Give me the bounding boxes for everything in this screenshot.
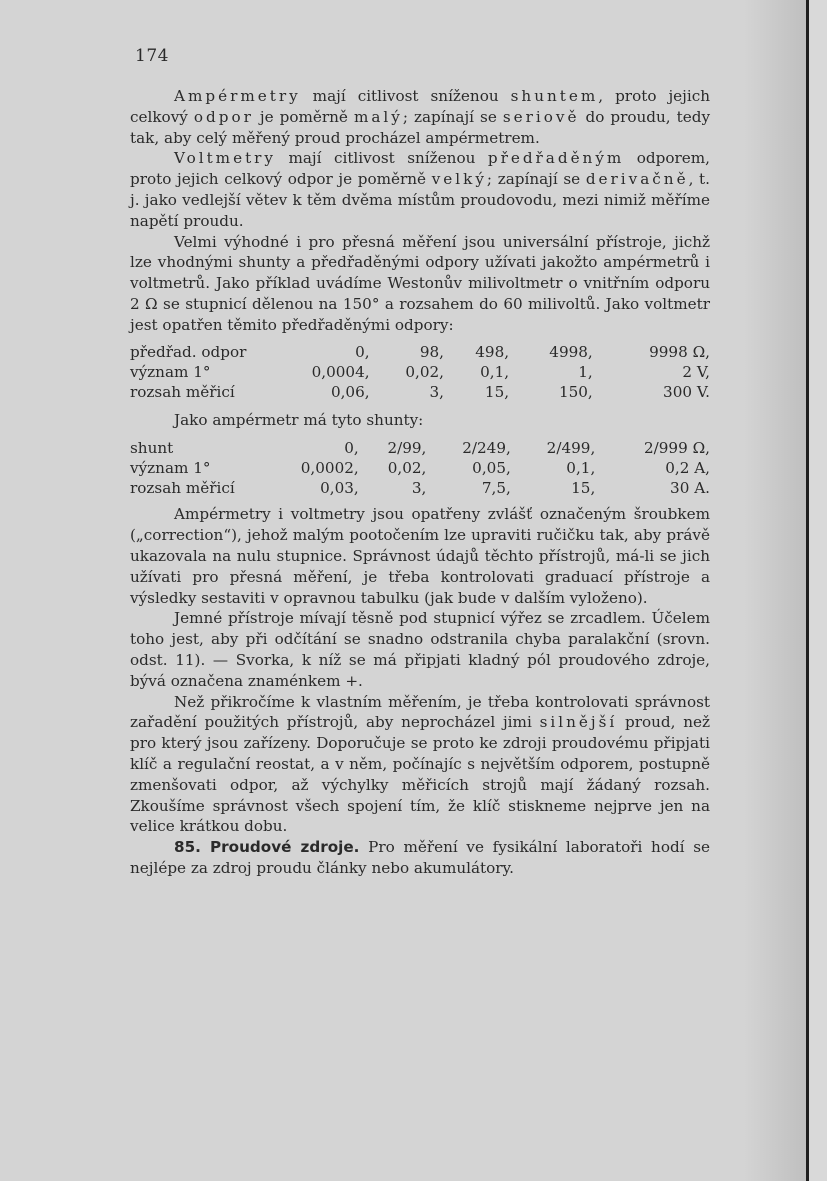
- emphasis-shuntem: shuntem: [511, 87, 599, 105]
- voltmeter-table: předřad. odpor 0, 98, 498, 4998, 9998 Ω,…: [130, 342, 710, 402]
- cell: 0,1,: [444, 362, 509, 382]
- emphasis-silnejsi: silnější: [540, 713, 618, 731]
- cell: 0,05,: [426, 458, 510, 478]
- emphasis-derivacne: derivačně: [586, 170, 689, 188]
- cell: 0,02,: [359, 458, 427, 478]
- cell: 0,: [258, 342, 370, 362]
- paragraph-voltmeters: Voltmetry mají citlivost sníženou předřa…: [130, 148, 710, 231]
- cell: 15,: [511, 478, 595, 498]
- emphasis-seriove: seriově: [503, 108, 580, 126]
- cell: 150,: [509, 382, 593, 402]
- cell: 0,03,: [258, 478, 359, 498]
- cell: 0,2 A,: [595, 458, 710, 478]
- section-heading: 85. Proudové zdroje.: [174, 838, 359, 856]
- page-body: Ampérmetry mají citlivost sníženou shunt…: [130, 86, 710, 879]
- next-page-edge: [809, 0, 827, 1181]
- row-label: rozsah měřicí: [130, 382, 258, 402]
- table-row: předřad. odpor 0, 98, 498, 4998, 9998 Ω,: [130, 342, 710, 362]
- table-row: shunt 0, 2/99, 2/249, 2/499, 2/999 Ω,: [130, 438, 710, 458]
- text-run: ; zapínají se: [487, 170, 586, 188]
- ammeter-table: shunt 0, 2/99, 2/249, 2/499, 2/999 Ω, vý…: [130, 438, 710, 498]
- cell: 0,1,: [511, 458, 595, 478]
- emphasis-ampermetry: Ampérmetry: [174, 87, 301, 105]
- cell: 4998,: [509, 342, 593, 362]
- text-run: je poměrně: [254, 108, 354, 126]
- row-label: význam 1°: [130, 362, 258, 382]
- cell: 2/999 Ω,: [595, 438, 710, 458]
- page-number: 174: [135, 46, 169, 66]
- table-row: význam 1° 0,0002, 0,02, 0,05, 0,1, 0,2 A…: [130, 458, 710, 478]
- cell: 300 V.: [593, 382, 710, 402]
- cell: 0,02,: [370, 362, 444, 382]
- paragraph-mirror-scale: Jemné přístroje mívají těsně pod stupnic…: [130, 608, 710, 691]
- cell: 98,: [370, 342, 444, 362]
- cell: 7,5,: [426, 478, 510, 498]
- emphasis-voltmetry: Voltmetry: [174, 149, 276, 167]
- cell: 3,: [359, 478, 427, 498]
- cell: 0,: [258, 438, 359, 458]
- table-row: rozsah měřicí 0,03, 3, 7,5, 15, 30 A.: [130, 478, 710, 498]
- row-label: předřad. odpor: [130, 342, 258, 362]
- row-label: rozsah měřicí: [130, 478, 258, 498]
- cell: 2/499,: [511, 438, 595, 458]
- section-85: 85. Proudové zdroje. Pro měření ve fysik…: [130, 837, 710, 879]
- cell: 0,0002,: [258, 458, 359, 478]
- cell: 498,: [444, 342, 509, 362]
- cell: 2 V,: [593, 362, 710, 382]
- cell: 9998 Ω,: [593, 342, 710, 362]
- paragraph-ammeter-shunts-intro: Jako ampérmetr má tyto shunty:: [130, 410, 710, 431]
- table-row: rozsah měřicí 0,06, 3, 15, 150, 300 V.: [130, 382, 710, 402]
- cell: 30 A.: [595, 478, 710, 498]
- text-run: ; zapínají se: [403, 108, 503, 126]
- emphasis-maly: malý: [354, 108, 403, 126]
- cell: 2/99,: [359, 438, 427, 458]
- cell: 0,06,: [258, 382, 370, 402]
- emphasis-velky: velký: [432, 170, 487, 188]
- paragraph-universal-instruments: Velmi výhodné i pro přesná měření jsou u…: [130, 232, 710, 336]
- cell: 15,: [444, 382, 509, 402]
- cell: 3,: [370, 382, 444, 402]
- cell: 1,: [509, 362, 593, 382]
- table-row: význam 1° 0,0004, 0,02, 0,1, 1, 2 V,: [130, 362, 710, 382]
- paragraph-circuit-check: Než přikročíme k vlastním měřením, je tř…: [130, 692, 710, 838]
- text-run: proud, než pro který jsou zařízeny. Dopo…: [130, 713, 710, 835]
- emphasis-predradenym: předřaděným: [488, 149, 624, 167]
- row-label: shunt: [130, 438, 258, 458]
- text-run: mají citlivost sníženou: [276, 149, 488, 167]
- row-label: význam 1°: [130, 458, 258, 478]
- emphasis-odpor: odpor: [194, 108, 254, 126]
- text-run: mají citlivost sníženou: [301, 87, 511, 105]
- cell: 0,0004,: [258, 362, 370, 382]
- paragraph-ammeters: Ampérmetry mají citlivost sníženou shunt…: [130, 86, 710, 148]
- cell: 2/249,: [426, 438, 510, 458]
- paragraph-correction-screw: Ampérmetry i voltmetry jsou opatřeny zvl…: [130, 504, 710, 608]
